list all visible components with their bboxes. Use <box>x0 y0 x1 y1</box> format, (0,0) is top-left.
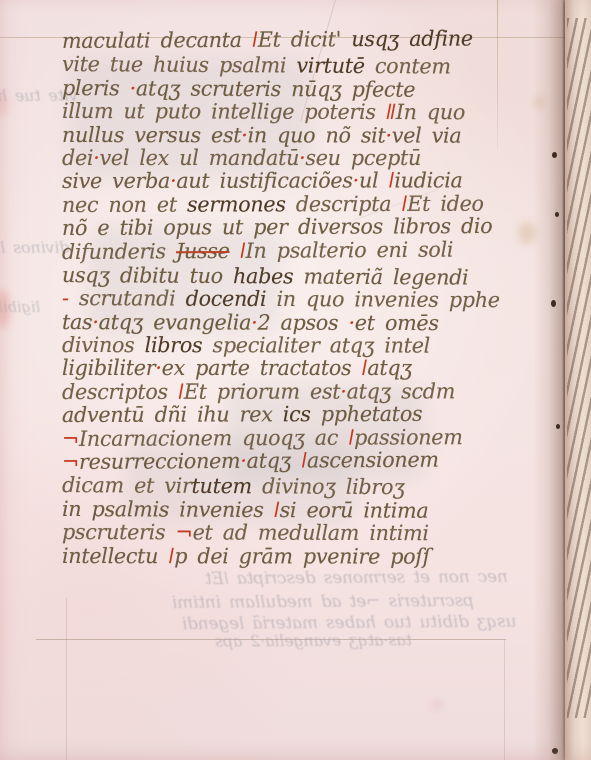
show-through-line: tas·atqʒ evangelia·2 aps <box>215 630 412 650</box>
text-line: divinos libros specialiter atqʒ intel <box>62 333 510 357</box>
text-line: nullus versus est·in quo nõ sit·vel via <box>62 123 510 147</box>
text-segment: tas <box>62 310 92 334</box>
text-segment: difunderis <box>62 239 176 264</box>
text-segment: in quo invenies pphe <box>276 287 499 312</box>
text-segment: docendi <box>186 287 277 311</box>
text-segment: Jusse <box>176 238 230 262</box>
text-line: descriptos ǀEt priorum est·atqʒ scdm <box>62 379 510 403</box>
text-line: ‐ scrutandi docendi in quo invenies pphe <box>62 286 510 312</box>
text-segment: aut iustificaciões <box>176 169 352 193</box>
text-segment: Incarnacionem quoqʒ ac <box>79 425 348 450</box>
text-segment: maculati decanta <box>62 28 252 53</box>
text-segment: in psalmis invenies <box>62 497 274 522</box>
text-line: ¬resurreccionem·atqʒ ǀascensionem <box>62 447 510 473</box>
text-segment: libros <box>145 333 213 357</box>
rubric-mark: ǁ <box>386 100 396 124</box>
text-segment: ligibiliter <box>62 356 155 380</box>
show-through-line: pscruteris ¬et ad medullam intimi <box>172 591 474 613</box>
binding-speck <box>552 152 557 158</box>
text-segment: divinos <box>62 333 145 357</box>
text-segment: divinoʒ libroʒ <box>252 475 405 500</box>
text-segment: pphetatos <box>321 402 422 426</box>
text-segment: vel lex ul mandatū <box>99 146 299 170</box>
rubric-mark: ¬ <box>176 521 193 545</box>
text-segment: atqʒ evangelia <box>99 310 252 334</box>
text-segment: atqʒ scdm <box>347 379 455 403</box>
text-segment: virtutē <box>296 54 375 78</box>
text-line: vite tue huius psalmi virtutē contem <box>62 52 510 78</box>
text-segment: In psalterio eni soli <box>246 237 454 262</box>
text-segment: contem <box>375 54 451 78</box>
text-segment: passionem <box>354 425 462 450</box>
text-segment: in quo nõ sit <box>248 123 386 147</box>
text-line: difunderis Jusse ǀIn psalterio eni soli <box>62 237 510 263</box>
text-segment: ex parte tractatos <box>162 356 362 380</box>
binding-speck <box>551 300 556 307</box>
text-segment: vite tue huius psalmi <box>62 52 297 77</box>
gutter-shadow <box>533 0 567 760</box>
text-segment: nullus versus est <box>62 123 241 147</box>
text-segment: illum ut puto intellige poteris <box>62 99 386 124</box>
text-segment: usqʒ dibitu tuo <box>62 263 233 288</box>
rubric-mark: ‐ <box>62 286 79 310</box>
text-segment: pleris <box>62 76 130 100</box>
text-segment: ascensionem <box>307 448 439 473</box>
text-segment: pscruteris <box>62 520 176 544</box>
text-segment: atqʒ scruteris nūqʒ pfecte <box>136 76 415 101</box>
rubric-mark: ¬ <box>62 427 79 451</box>
show-through-line: nec non et sermones descripta ǀEt <box>205 567 508 589</box>
text-segment: seu pceptū <box>305 146 421 170</box>
text-segment: resurreccionem <box>79 449 240 474</box>
text-segment: intellectu <box>62 544 168 568</box>
text-line: usqʒ dibitu tuo habes materiã legendi <box>62 263 510 289</box>
show-through-line: ligibilit <box>0 298 40 316</box>
binding-speck <box>556 424 560 429</box>
text-segment: nõ e tibi opus ut per diversos libros di… <box>62 214 492 240</box>
text-line: sive verba·aut iustificaciões·ul ǀiudici… <box>62 169 510 193</box>
text-segment: iudicia <box>394 169 462 193</box>
text-segment: materiã legendi <box>303 264 468 289</box>
text-segment: atqʒ <box>247 449 302 473</box>
text-line: adventū dñi ihu rex ics pphetatos <box>62 402 510 427</box>
text-line: pleris ·atqʒ scruteris nūqʒ pfecte <box>62 76 510 102</box>
text-segment: tutem <box>192 474 252 498</box>
text-segment: sive verba <box>62 169 170 193</box>
text-line: ligibiliter·ex parte tractatos ǀatqʒ <box>62 356 510 379</box>
text-segment: p dei grām pvenire poſſ <box>174 544 430 568</box>
text-segment: ul <box>359 169 389 193</box>
text-segment: descriptos <box>62 380 178 404</box>
text-segment: Et ideo <box>407 191 483 215</box>
text-block: maculati decanta ǀEt dicit' usqʒ adfinev… <box>62 29 517 567</box>
text-line: maculati decanta ǀEt dicit' usqʒ adfine <box>62 26 510 52</box>
rubric-mark: ¬ <box>62 450 79 474</box>
text-segment: usqʒ adfine <box>351 26 473 51</box>
text-line: ¬Incarnacionem quoqʒ ac ǀpassionem <box>62 425 510 451</box>
text-segment: et ad medullam intimi <box>193 521 429 546</box>
text-segment: 2 apsos <box>257 310 348 334</box>
text-segment: habes <box>233 264 304 288</box>
text-segment: Et priorum est <box>184 379 340 403</box>
text-segment: ics <box>283 402 321 426</box>
text-line: pscruteris ¬et ad medullam intimi <box>62 520 510 545</box>
text-line: dei·vel lex ul mandatū·seu pceptū <box>62 146 510 169</box>
binding-speck <box>555 212 559 217</box>
text-segment: si eorū intima <box>280 498 429 523</box>
text-segment: Et dicit' <box>258 27 352 52</box>
facing-page-edge <box>565 0 591 760</box>
manuscript-photo: nec non et sermones descripta ǀEt pscrut… <box>0 0 591 760</box>
text-segment: atqʒ <box>367 356 411 380</box>
text-line: intellectu ǀp dei grām pvenire poſſ <box>62 544 510 568</box>
text-segment: dei <box>62 146 93 170</box>
text-line: nõ e tibi opus ut per diversos libros di… <box>62 214 510 240</box>
text-segment: specialiter atqʒ intel <box>213 333 430 357</box>
text-segment: dicam et vir <box>62 473 192 498</box>
text-segment: descripta <box>296 192 402 216</box>
ruling-line-left-lower <box>66 598 67 760</box>
text-line: tas·atqʒ evangelia·2 apsos ·et omēs <box>62 310 510 335</box>
ruling-line-right-lower <box>504 640 505 760</box>
text-line: nec non et sermones descripta ǀEt ideo <box>62 191 510 216</box>
text-segment: et omēs <box>355 311 439 335</box>
facing-page-text-illegible <box>567 18 591 718</box>
text-segment: vel via <box>392 123 462 147</box>
text-segment <box>229 238 239 262</box>
text-segment: scrutandi <box>79 286 186 311</box>
text-line: dicam et virtutem divinoʒ libroʒ <box>62 473 510 499</box>
pink-stain <box>432 700 442 710</box>
text-segment: sermones <box>187 192 296 216</box>
text-line: illum ut puto intellige poteris ǁIn quo <box>62 99 510 124</box>
show-through-line: divinos libr <box>0 238 70 258</box>
text-segment: In quo <box>396 100 465 124</box>
text-line: in psalmis invenies ǀsi eorū intima <box>62 497 510 523</box>
binding-speck <box>552 748 558 754</box>
text-segment: nec non et <box>62 192 187 216</box>
text-segment: adventū dñi ihu rex <box>62 403 283 428</box>
